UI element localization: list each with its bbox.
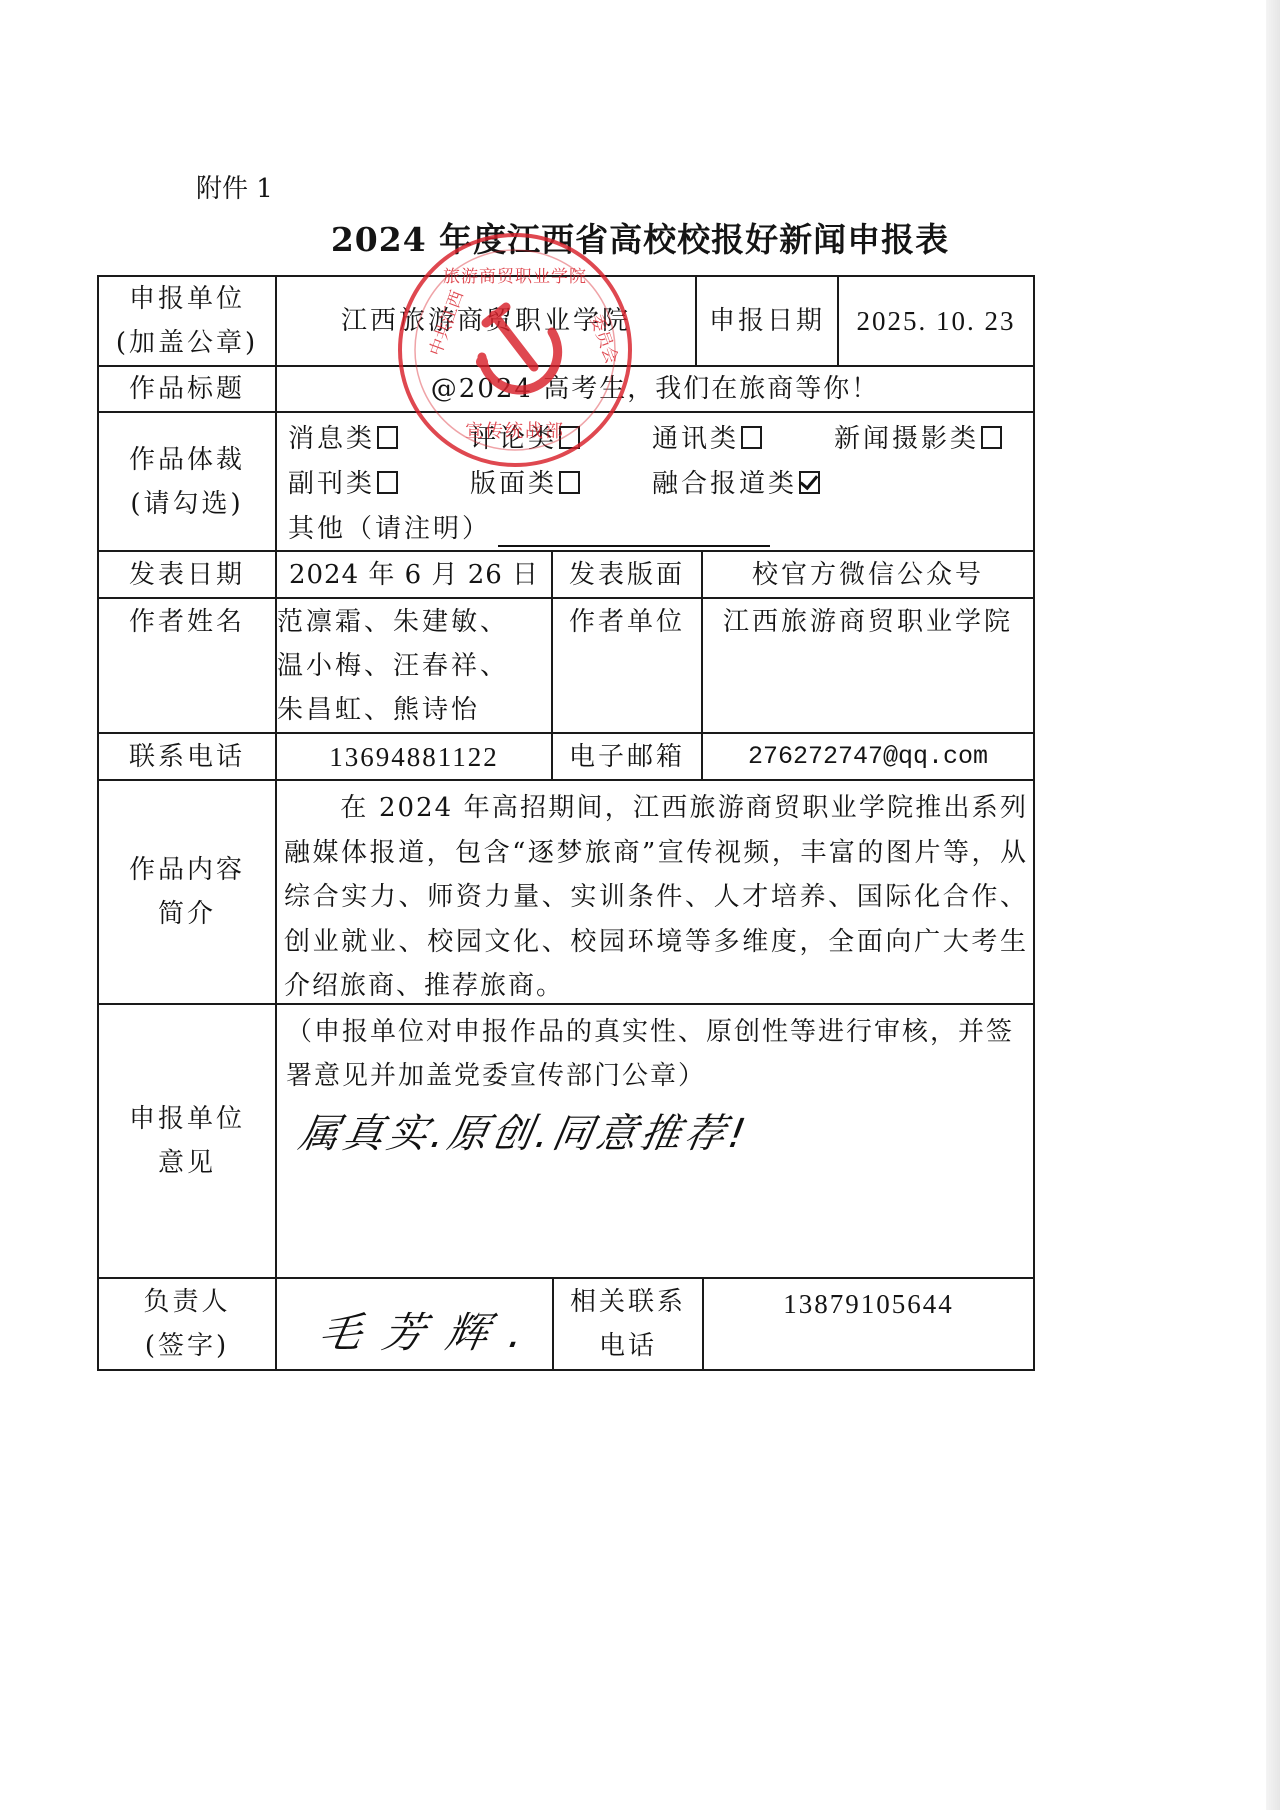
checkbox-correspondence[interactable] bbox=[741, 426, 762, 449]
checkbox-news[interactable] bbox=[377, 426, 398, 449]
authors-label: 作者姓名 bbox=[99, 600, 275, 732]
apply-date-value[interactable]: 2025. 10. 23 bbox=[839, 277, 1033, 365]
option-label: 版面类 bbox=[470, 469, 557, 499]
option-label: 消息类 bbox=[288, 424, 375, 454]
checkbox-supplement[interactable] bbox=[377, 471, 398, 494]
label-line: 意见 bbox=[158, 1141, 216, 1185]
author-unit-label: 作者单位 bbox=[553, 600, 701, 732]
label-line: (加盖公章) bbox=[116, 321, 258, 365]
checkbox-commentary[interactable] bbox=[559, 426, 580, 449]
publish-section-label: 发表版面 bbox=[553, 552, 701, 597]
label-line: 申报单位 bbox=[129, 277, 245, 321]
genre-option-commentary[interactable]: 评论类 bbox=[470, 418, 580, 455]
label-line: 负责人 bbox=[143, 1280, 230, 1324]
label-line: 相关联系 bbox=[570, 1280, 686, 1324]
contact-phone-value[interactable]: 13879105644 bbox=[704, 1282, 1033, 1370]
publish-date-label: 发表日期 bbox=[99, 552, 275, 597]
unit-opinion-label: 申报单位 意见 bbox=[99, 1005, 275, 1277]
apply-date-label: 申报日期 bbox=[697, 277, 837, 365]
option-label: 通讯类 bbox=[652, 424, 739, 454]
signature: 毛 芳 辉 . bbox=[315, 1300, 533, 1360]
genre-option-supplement[interactable]: 副刊类 bbox=[288, 463, 398, 500]
checkbox-converged-checked[interactable] bbox=[799, 471, 820, 494]
genre-option-news[interactable]: 消息类 bbox=[288, 418, 398, 455]
summary-text[interactable]: 在 2024 年高招期间，江西旅游商贸职业学院推出系列融媒体报道，包含“逐梦旅商… bbox=[284, 786, 1028, 1009]
genre-option-converged[interactable]: 融合报道类 bbox=[652, 463, 820, 500]
genre-option-layout[interactable]: 版面类 bbox=[470, 463, 580, 500]
responsible-person-label: 负责人 (签字) bbox=[99, 1279, 275, 1369]
authors-value[interactable]: 范凛霜、朱建敏、 温小梅、汪春祥、 朱昌虹、熊诗怡 bbox=[277, 600, 551, 732]
work-title-label: 作品标题 bbox=[99, 367, 275, 411]
label-line: 电话 bbox=[599, 1324, 657, 1368]
author-unit-value[interactable]: 江西旅游商贸职业学院 bbox=[703, 600, 1033, 732]
label-line: 作品内容 bbox=[129, 848, 245, 892]
option-label: 其他（请注明） bbox=[288, 514, 491, 544]
author-line: 温小梅、汪春祥、 bbox=[277, 644, 509, 688]
author-line: 范凛霜、朱建敏、 bbox=[277, 600, 509, 644]
label-line: (请勾选) bbox=[130, 482, 243, 526]
genre-option-other[interactable]: 其他（请注明） bbox=[288, 508, 491, 545]
phone-label: 联系电话 bbox=[99, 734, 275, 779]
author-line: 朱昌虹、熊诗怡 bbox=[277, 688, 480, 732]
label-line: 简介 bbox=[158, 892, 216, 936]
email-label: 电子邮箱 bbox=[553, 734, 701, 779]
genre-label: 作品体裁 (请勾选) bbox=[99, 413, 275, 550]
publish-section-value[interactable]: 校官方微信公众号 bbox=[703, 552, 1033, 597]
checkbox-photo[interactable] bbox=[981, 426, 1002, 449]
page-edge bbox=[1266, 0, 1280, 1810]
genre-option-photo[interactable]: 新闻摄影类 bbox=[834, 418, 1002, 455]
contact-phone-label: 相关联系 电话 bbox=[554, 1279, 702, 1369]
option-label: 评论类 bbox=[470, 424, 557, 454]
phone-value[interactable]: 13694881122 bbox=[277, 734, 551, 779]
applicant-unit-label: 申报单位 (加盖公章) bbox=[99, 277, 275, 365]
option-label: 副刊类 bbox=[288, 469, 375, 499]
summary-label: 作品内容 简介 bbox=[99, 781, 275, 1003]
handwritten-opinion: 属真实.原创.同意推荐! bbox=[295, 1102, 755, 1159]
checkbox-layout[interactable] bbox=[559, 471, 580, 494]
label-line: (签字) bbox=[145, 1324, 229, 1368]
document-title: 2024 年度江西省高校校报好新闻申报表 bbox=[0, 214, 1280, 261]
option-label: 新闻摄影类 bbox=[834, 424, 979, 454]
label-line: 作品体裁 bbox=[129, 438, 245, 482]
summary-body: 在 2024 年高招期间，江西旅游商贸职业学院推出系列融媒体报道，包含“逐梦旅商… bbox=[284, 793, 1028, 1001]
applicant-unit-value[interactable]: 江西旅游商贸职业学院 bbox=[277, 277, 695, 365]
attachment-label: 附件 1 bbox=[196, 168, 273, 205]
genre-option-correspondence[interactable]: 通讯类 bbox=[652, 418, 762, 455]
publish-date-value[interactable]: 2024 年 6 月 26 日 bbox=[277, 552, 551, 597]
unit-opinion-instruction: （申报单位对申报作品的真实性、原创性等进行审核，并签署意见并加盖党委宣传部门公章… bbox=[286, 1010, 1030, 1098]
label-line: 申报单位 bbox=[129, 1097, 245, 1141]
email-value[interactable]: 276272747@qq.com bbox=[703, 734, 1033, 779]
option-label: 融合报道类 bbox=[652, 469, 797, 499]
work-title-value[interactable]: @2024 高考生，我们在旅商等你！ bbox=[277, 367, 1033, 411]
